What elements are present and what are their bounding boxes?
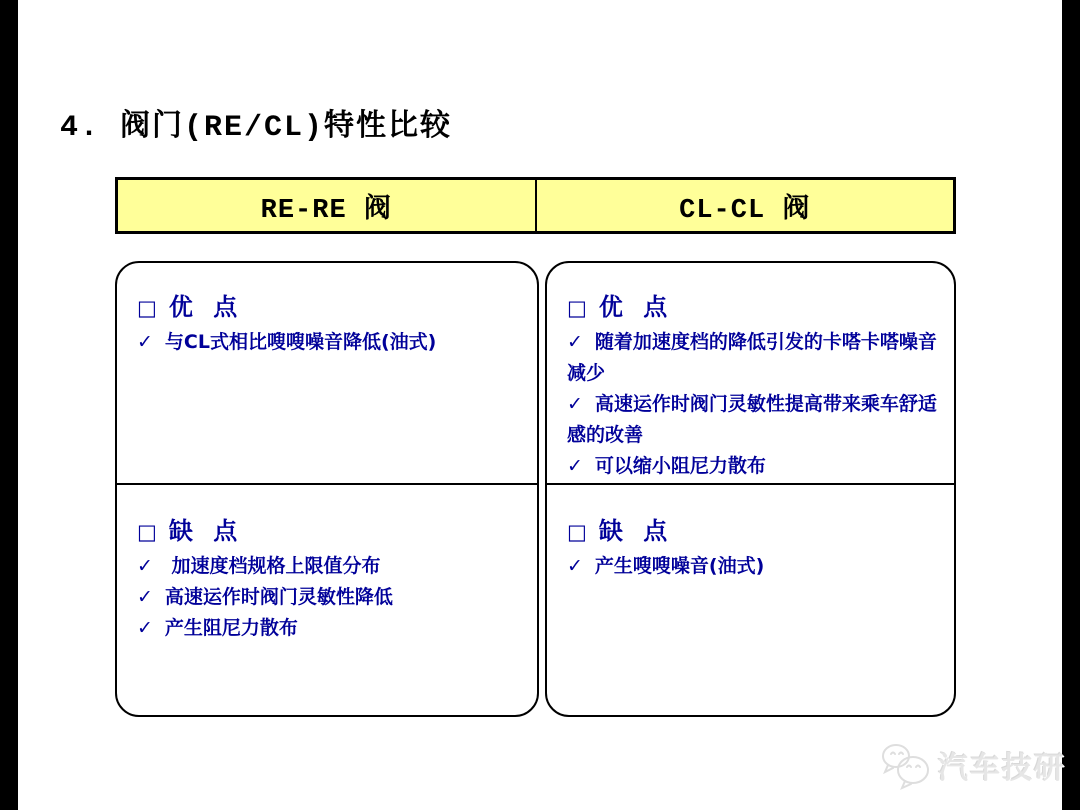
watermark: 汽车技研 — [880, 740, 1066, 790]
pros-heading-label: 优 点 — [599, 293, 673, 321]
list-item: ✓产生阻尼力散布 — [137, 613, 525, 644]
header-cell-re-re: RE-RE 阀 — [118, 180, 537, 231]
check-icon: ✓ — [137, 586, 153, 608]
re-re-pros-section: □优 点 ✓与CL式相比嗖嗖噪音降低(油式) — [117, 263, 537, 483]
valve-comparison-header: RE-RE 阀 CL-CL 阀 — [115, 177, 956, 234]
list-item: ✓产生嗖嗖噪音(油式) — [567, 551, 942, 582]
cons-heading-label: 缺 点 — [169, 517, 243, 545]
cl-cl-valve-box: □优 点 ✓随着加速度档的降低引发的卡嗒卡嗒噪音减少 ✓高速运作时阀门灵敏性提高… — [545, 261, 956, 717]
list-item: ✓与CL式相比嗖嗖噪音降低(油式) — [137, 327, 525, 358]
list-item-text: 高速运作时阀门灵敏性提高带来乘车舒适感的改善 — [567, 393, 937, 446]
wechat-icon — [880, 740, 932, 790]
check-icon: ✓ — [567, 455, 583, 477]
page-title: 4. 阀门(RE/CL)特性比较 — [60, 100, 452, 145]
square-bullet-icon: □ — [567, 520, 587, 544]
pros-heading: □优 点 — [137, 287, 525, 322]
watermark-text: 汽车技研 — [938, 743, 1066, 787]
pros-heading-label: 优 点 — [169, 293, 243, 321]
pros-heading: □优 点 — [567, 287, 942, 322]
cons-heading: □缺 点 — [137, 511, 525, 546]
re-re-valve-box: □优 点 ✓与CL式相比嗖嗖噪音降低(油式) □缺 点 ✓ 加速度档规格上限值分… — [115, 261, 539, 717]
check-icon: ✓ — [567, 331, 583, 353]
list-item: ✓ 加速度档规格上限值分布 — [137, 551, 525, 582]
list-item-text: 高速运作时阀门灵敏性降低 — [165, 586, 393, 608]
square-bullet-icon: □ — [137, 296, 157, 320]
right-black-bar — [1062, 0, 1080, 810]
re-re-cons-section: □缺 点 ✓ 加速度档规格上限值分布 ✓高速运作时阀门灵敏性降低 ✓产生阻尼力散… — [117, 485, 537, 715]
list-item-text: 加速度档规格上限值分布 — [165, 555, 381, 577]
check-icon: ✓ — [137, 617, 153, 639]
cl-cl-cons-section: □缺 点 ✓产生嗖嗖噪音(油式) — [547, 485, 954, 715]
header-cell-cl-cl: CL-CL 阀 — [537, 180, 954, 231]
list-item: ✓随着加速度档的降低引发的卡嗒卡嗒噪音减少 — [567, 327, 942, 389]
list-item-text: 与CL式相比嗖嗖噪音降低(油式) — [165, 331, 436, 353]
check-icon: ✓ — [137, 555, 153, 577]
list-item: ✓高速运作时阀门灵敏性降低 — [137, 582, 525, 613]
square-bullet-icon: □ — [137, 520, 157, 544]
list-item-text: 产生嗖嗖噪音(油式) — [595, 555, 764, 577]
cl-cl-pros-section: □优 点 ✓随着加速度档的降低引发的卡嗒卡嗒噪音减少 ✓高速运作时阀门灵敏性提高… — [547, 263, 954, 483]
square-bullet-icon: □ — [567, 296, 587, 320]
cons-heading-label: 缺 点 — [599, 517, 673, 545]
slide: 4. 阀门(RE/CL)特性比较 RE-RE 阀 CL-CL 阀 □优 点 ✓与… — [0, 0, 1080, 810]
list-item-text: 产生阻尼力散布 — [165, 617, 298, 639]
check-icon: ✓ — [137, 331, 153, 353]
check-icon: ✓ — [567, 393, 583, 415]
list-item: ✓高速运作时阀门灵敏性提高带来乘车舒适感的改善 — [567, 389, 942, 451]
list-item-text: 可以缩小阻尼力散布 — [595, 455, 766, 477]
check-icon: ✓ — [567, 555, 583, 577]
list-item: ✓可以缩小阻尼力散布 — [567, 451, 942, 482]
list-item-text: 随着加速度档的降低引发的卡嗒卡嗒噪音减少 — [567, 331, 937, 384]
cons-heading: □缺 点 — [567, 511, 942, 546]
left-black-bar — [0, 0, 18, 810]
